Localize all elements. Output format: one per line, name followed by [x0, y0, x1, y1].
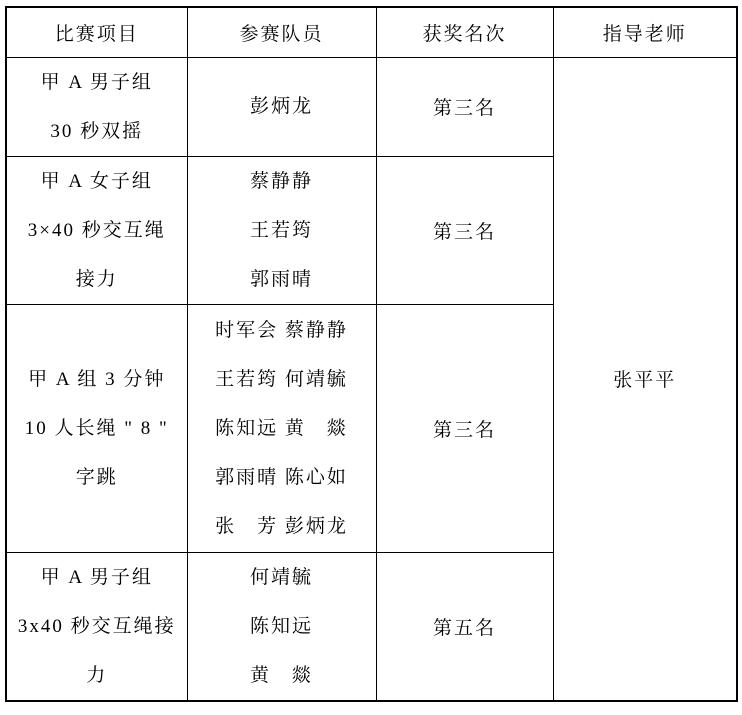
col-header-event: 比赛项目 [6, 7, 187, 57]
header-row: 比赛项目 参赛队员 获奖名次 指导老师 [6, 7, 737, 57]
rank-cell: 第五名 [376, 552, 553, 701]
col-header-rank: 获奖名次 [376, 7, 553, 57]
cell-text-line: 彭炳龙 [190, 82, 374, 131]
competition-results-table: 比赛项目 参赛队员 获奖名次 指导老师 甲 A 男子组30 秒双摇 彭炳龙 第三… [5, 6, 738, 702]
cell-text-line: 力 [9, 651, 185, 700]
cell-text-line: 时军会 蔡静静 [190, 306, 374, 355]
cell-text-line: 字跳 [9, 453, 185, 502]
cell-text-line: 黄 燚 [190, 651, 374, 700]
cell-text-line: 何靖毓 [190, 553, 374, 602]
cell-text-line: 30 秒双摇 [9, 107, 185, 156]
cell-text-line: 郭雨晴 陈心如 [190, 453, 374, 502]
teacher-cell: 张平平 [553, 57, 737, 701]
cell-text-line: 陈知远 黄 燚 [190, 404, 374, 453]
cell-text-line: 郭雨晴 [190, 255, 374, 304]
col-header-teacher: 指导老师 [553, 7, 737, 57]
cell-text-line: 王若筠 何靖毓 [190, 355, 374, 404]
cell-text-line: 蔡静静 [190, 157, 374, 206]
rank-cell: 第三名 [376, 57, 553, 156]
players-cell: 彭炳龙 [187, 57, 376, 156]
table-row: 甲 A 男子组30 秒双摇 彭炳龙 第三名 张平平 [6, 57, 737, 156]
players-cell: 何靖毓陈知远黄 燚 [187, 552, 376, 701]
cell-text-line: 3×40 秒交互绳 [9, 206, 185, 255]
rank-cell: 第三名 [376, 304, 553, 552]
rank-cell: 第三名 [376, 156, 553, 304]
col-header-players: 参赛队员 [187, 7, 376, 57]
cell-text-line: 张 芳 彭炳龙 [190, 502, 374, 551]
cell-text-line: 3x40 秒交互绳接 [9, 602, 185, 651]
event-cell: 甲 A 男子组3x40 秒交互绳接力 [6, 552, 187, 701]
cell-text-line: 甲 A 组 3 分钟 [9, 355, 185, 404]
cell-text-line: 甲 A 女子组 [9, 157, 185, 206]
players-cell: 时军会 蔡静静王若筠 何靖毓陈知远 黄 燚郭雨晴 陈心如张 芳 彭炳龙 [187, 304, 376, 552]
cell-text-line: 陈知远 [190, 602, 374, 651]
document-page: 比赛项目 参赛队员 获奖名次 指导老师 甲 A 男子组30 秒双摇 彭炳龙 第三… [0, 0, 742, 715]
event-cell: 甲 A 组 3 分钟10 人长绳 " 8 "字跳 [6, 304, 187, 552]
cell-text-line: 王若筠 [190, 206, 374, 255]
cell-text-line: 接力 [9, 255, 185, 304]
cell-text-line: 10 人长绳 " 8 " [9, 404, 185, 453]
cell-text-line: 甲 A 男子组 [9, 553, 185, 602]
event-cell: 甲 A 女子组3×40 秒交互绳接力 [6, 156, 187, 304]
event-cell: 甲 A 男子组30 秒双摇 [6, 57, 187, 156]
cell-text-line: 甲 A 男子组 [9, 58, 185, 107]
players-cell: 蔡静静王若筠郭雨晴 [187, 156, 376, 304]
